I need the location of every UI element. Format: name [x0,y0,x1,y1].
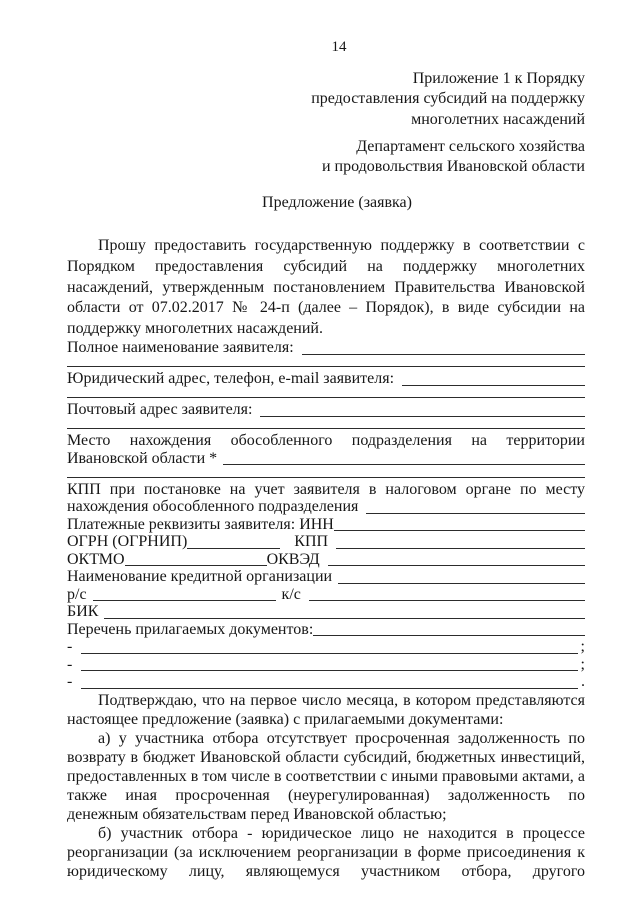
field-documents-list: Перечень прилагаемых документов: [67,621,585,639]
field-label: Полное наименование заявителя: [67,339,302,357]
credit-org-write-in-line [338,568,585,584]
ogrn-write-in-line [187,533,280,549]
field-inn: Платежные реквизиты заявителя: ИНН [67,516,585,534]
field-credit-organization: Наименование кредитной организации [67,568,585,586]
list-terminator: ; [578,656,585,674]
field-label: нахождения обособленного подразделения [67,498,366,516]
field-kpp-registration-line1: КПП при постановке на учет заявителя в н… [67,481,585,499]
document-list-item: - ; [67,656,585,674]
branch-location-write-in-line [223,450,585,466]
list-terminator: ; [578,638,585,656]
field-ogrn-kpp: ОГРН (ОГРНИП) КПП [67,533,585,551]
bik-write-in-line [104,603,585,619]
field-branch-location-line2: Ивановской области * [67,450,585,468]
field-label: ОГРН (ОГРНИП) [67,533,187,551]
okved-write-in-line [328,551,585,567]
field-accounts: р/с к/с [67,586,585,604]
field-label: ОКТМО [67,551,125,569]
appendix-line: Приложение 1 к Порядку [67,69,585,89]
addressee-department: Департамент сельского хозяйства и продов… [67,137,585,178]
postal-address-continuation-line [67,419,585,430]
full-name-write-in-line [302,339,585,355]
field-label: Почтовый адрес заявителя: [67,401,260,419]
document-title: Предложение (заявка) [67,193,585,213]
page-number: 14 [67,0,585,56]
field-label: Ивановской области * [67,450,223,468]
kpp-registration-write-in-line [366,498,585,514]
field-full-name: Полное наименование заявителя: [67,339,585,357]
postal-address-write-in-line [260,401,585,417]
list-terminator: . [578,673,585,691]
appendix-line: многолетних насаждений [67,110,585,130]
field-label: ОКВЭД [267,551,328,569]
kpp-write-in-line [336,533,585,549]
document-content: 14 Приложение 1 к Порядку предоставления… [67,0,585,881]
field-label: БИК [67,603,104,621]
field-oktmo-okved: ОКТМО ОКВЭД [67,551,585,569]
field-branch-location-line1: Место нахождения обособленного подраздел… [67,432,585,450]
document-list-item: - ; [67,638,585,656]
settlement-account-write-in-line [93,586,276,602]
legal-address-continuation-line [67,388,585,399]
department-line: Департамент сельского хозяйства [67,137,585,157]
field-bik: БИК [67,603,585,621]
field-postal-address: Почтовый адрес заявителя: [67,401,585,419]
inn-write-in-line [334,516,585,532]
corr-account-write-in-line [309,586,585,602]
field-legal-address: Юридический адрес, телефон, e-mail заяви… [67,370,585,388]
documents-list-write-in-line [313,621,585,637]
field-kpp-registration-line2: нахождения обособленного подразделения [67,498,585,516]
field-label: Наименование кредитной организации [67,568,338,586]
field-label: к/с [282,586,309,604]
list-dash: - [67,656,81,674]
document-list-item: - . [67,673,585,691]
department-line: и продовольствия Ивановской области [67,157,585,177]
branch-location-continuation-line [67,467,585,478]
list-dash: - [67,673,81,691]
confirmation-item-a: а) у участника отбора отсутствует просро… [67,729,585,824]
appendix-reference: Приложение 1 к Порядку предоставления су… [67,69,585,130]
document-item-write-in-line [81,656,577,672]
field-label: КПП [294,533,336,551]
confirmation-intro: Подтверждаю, что на первое число месяца,… [67,691,585,729]
document-item-write-in-line [81,638,577,654]
oktmo-write-in-line [125,551,267,567]
confirmation-item-b: б) участник отбора - юридическое лицо не… [67,824,585,881]
intro-paragraph: Прошу предоставить государственную подде… [67,236,585,339]
field-label: Платежные реквизиты заявителя: ИНН [67,516,334,534]
scanned-document-page: 14 Приложение 1 к Порядку предоставления… [0,0,640,905]
list-dash: - [67,638,81,656]
full-name-continuation-line [67,357,585,368]
field-label: Перечень прилагаемых документов: [67,621,313,639]
appendix-line: предоставления субсидий на поддержку [67,89,585,109]
document-item-write-in-line [81,673,578,689]
field-label: Юридический адрес, телефон, e-mail заяви… [67,370,402,388]
legal-address-write-in-line [402,370,585,386]
field-label: р/с [67,586,93,604]
